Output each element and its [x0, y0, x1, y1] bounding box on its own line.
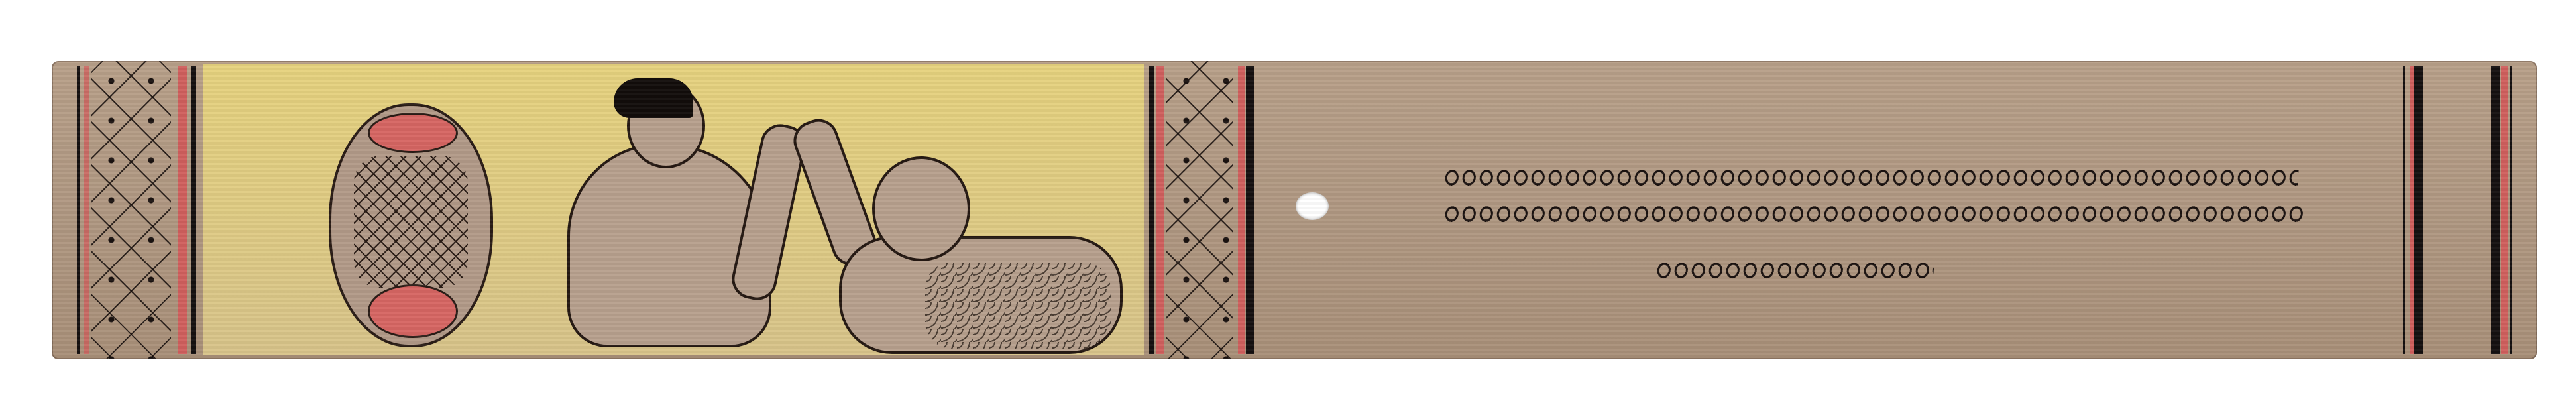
red-rule: [178, 66, 187, 354]
drum-head-bottom: [368, 284, 458, 338]
red-rule: [1238, 66, 1245, 354]
dotted-lattice: [1166, 61, 1233, 359]
script-glyphs: [1443, 160, 2300, 188]
drum-mesh: [354, 156, 468, 288]
right-border: Red and black double rules near right ed…: [2398, 61, 2537, 359]
black-rule: [2403, 66, 2405, 354]
script-glyphs: [1655, 253, 1935, 281]
left-border: Floral lattice border with red and black…: [52, 61, 203, 359]
black-rule: [77, 66, 80, 354]
black-rule: [2510, 66, 2512, 354]
woman-hair: [614, 78, 693, 118]
black-rule: [2491, 66, 2500, 354]
black-rule: [2414, 66, 2423, 354]
drum-head-top: [368, 113, 458, 153]
floral-lattice: [91, 61, 171, 359]
black-rule: [1246, 66, 1254, 354]
divider-border: Dotted lattice border with red and black…: [1145, 61, 1264, 359]
red-rule: [2501, 66, 2508, 354]
script-line-1: Odia script line 1: [1442, 160, 2299, 191]
manuscript-text: Odia script line 1 Odia script line 2 en…: [1377, 61, 2358, 359]
reclining-figure-head: [872, 156, 970, 261]
string-hole: Binding hole: [1296, 192, 1329, 220]
scaled-garment: [925, 263, 1111, 349]
red-rule: [1156, 66, 1164, 354]
script-line-2: Odia script line 2 ending with numerals: [1442, 197, 2306, 227]
palm-leaf-folio: Floral lattice border with red and black…: [52, 61, 2537, 359]
script-line-3: Odia script line 3 (short, centered): [1654, 253, 1934, 284]
script-glyphs: [1443, 197, 2306, 225]
illustration-panel: Painted panel: drum in oval frame, a wom…: [203, 64, 1144, 355]
red-rule: [84, 66, 89, 354]
black-rule: [191, 66, 196, 354]
black-rule: [1149, 66, 1154, 354]
drum-illustration: [329, 103, 493, 347]
